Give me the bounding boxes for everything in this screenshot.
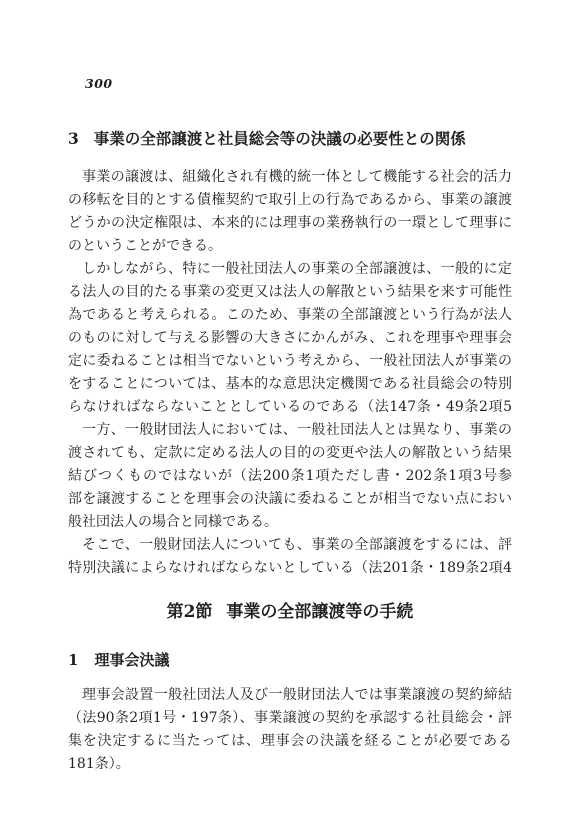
text-line: のということができる。 [68, 235, 512, 258]
text-line: 渡されても、定款に定める法人の目的の変更や法人の解散という結果に当然に [68, 442, 512, 465]
subsection-text-block: 理事会設置一般社団法人及び一般財団法人では事業譲渡の契約締結を決定し （法90条… [68, 684, 512, 776]
text-line: 理事会設置一般社団法人及び一般財団法人では事業譲渡の契約締結を決定し [68, 684, 512, 707]
text-line: 部を譲渡することを理事会の決議に委ねることが相当でない点においては、一 [68, 488, 512, 511]
text-line: の移転を目的とする債権契約で取引上の行為であるから、事業の譲渡をするか [68, 189, 512, 212]
paragraph: そこで、一般財団法人についても、事業の全部譲渡をするには、評議員会の 特別決議に… [68, 534, 512, 580]
text-line: 結びつくものではないが（法200条1項ただし書・202条1項3号参照）、事業の全 [68, 465, 512, 488]
heading-section-3: 3事業の全部譲渡と社員総会等の決議の必要性との関係 [68, 127, 512, 149]
heading-section-2-label: 第2節 [167, 602, 213, 622]
heading-section-3-title: 事業の全部譲渡と社員総会等の決議の必要性との関係 [94, 129, 466, 148]
main-text-block: 事業の譲渡は、組織化され有機的統一体として機能する社会的活力ある財産 の移転を目… [68, 166, 512, 580]
text-line: 定に委ねることは相当でないという考えから、一般社団法人が事業の全部譲渡 [68, 350, 512, 373]
document-page: 300 3事業の全部譲渡と社員総会等の決議の必要性との関係 事業の譲渡は、組織化… [0, 0, 580, 821]
text-line: らなければならないこととしているのである（法147条・49条2項5号）。 [68, 396, 512, 419]
text-line: 一方、一般財団法人においては、一般社団法人とは異なり、事業の全部が譲 [68, 419, 512, 442]
page-number: 300 [85, 76, 113, 91]
text-line: （法90条2項1号・197条）、事業譲渡の契約を承認する社員総会・評議員会の招 [68, 707, 512, 730]
text-line: をすることについては、基本的な意思決定機関である社員総会の特別決議によ [68, 373, 512, 396]
text-line: 特別決議によらなければならないとしている（法201条・189条2項4号）。 [68, 557, 512, 580]
text-line: どうかの決定権限は、本来的には理事の業務執行の一環として理事に属するも [68, 212, 512, 235]
text-line: 為であると考えられる。このため、事業の全部譲渡という行為が法人の存立そ [68, 304, 512, 327]
heading-section-3-number: 3 [68, 129, 79, 148]
paragraph: 一方、一般財団法人においては、一般社団法人とは異なり、事業の全部が譲 渡されても… [68, 419, 512, 534]
text-line: 181条）。 [68, 753, 512, 776]
text-line: のものに対して与える影響の大きさにかんがみ、これを理事や理事会のみの決 [68, 327, 512, 350]
heading-subsection-1: 1理事会決議 [68, 649, 512, 670]
text-line: しかしながら、特に一般社団法人の事業の全部譲渡は、一般的に定款に定め [68, 258, 512, 281]
paragraph: 理事会設置一般社団法人及び一般財団法人では事業譲渡の契約締結を決定し （法90条… [68, 684, 512, 776]
heading-subsection-1-number: 1 [68, 651, 78, 669]
text-line: 集を決定するに当たっては、理事会の決議を経ることが必要である（法38条・ [68, 730, 512, 753]
text-line: そこで、一般財団法人についても、事業の全部譲渡をするには、評議員会の [68, 534, 512, 557]
paragraph: 事業の譲渡は、組織化され有機的統一体として機能する社会的活力ある財産 の移転を目… [68, 166, 512, 258]
text-line: る法人の目的たる事業の変更又は法人の解散という結果を来す可能性のある行 [68, 281, 512, 304]
text-line: 事業の譲渡は、組織化され有機的統一体として機能する社会的活力ある財産 [68, 166, 512, 189]
text-line: 般社団法人の場合と同様である。 [68, 511, 512, 534]
heading-section-2: 第2節事業の全部譲渡等の手続 [68, 597, 512, 622]
paragraph: しかしながら、特に一般社団法人の事業の全部譲渡は、一般的に定款に定め る法人の目… [68, 258, 512, 419]
heading-section-2-title: 事業の全部譲渡等の手続 [226, 602, 413, 622]
heading-subsection-1-title: 理事会決議 [94, 651, 169, 669]
